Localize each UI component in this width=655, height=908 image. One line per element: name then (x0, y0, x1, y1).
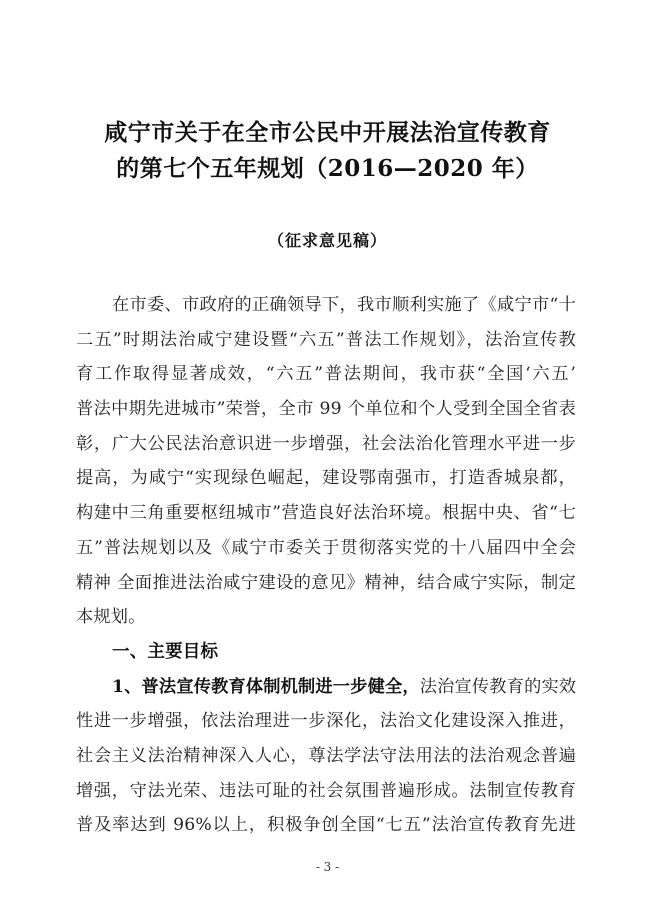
intro-line: 二五”时期法治咸宁建设暨“六五”普法工作规划》，法治宣传教 (76, 323, 576, 358)
item-1-line: 性进一步增强，依法治理进一步深化，法治文化建设深入推进， (76, 704, 576, 739)
item-1-line: 社会主义法治精神深入人心，尊法学法守法用法的法治观念普遍 (76, 739, 576, 774)
item-1-line: 普及率达到 96%以上，积极争创全国“七五”法治宣传教育先进 (76, 808, 576, 843)
section-heading: 一、主要目标 (76, 635, 576, 670)
intro-line: 提高，为咸宁“实现绿色崛起，建设鄂南强市，打造香城泉都， (76, 461, 576, 496)
document-title-line-1: 咸宁市关于在全市公民中开展法治宣传教育 (0, 114, 655, 147)
item-1-bold-lead: 1、普法宣传教育体制机制进一步健全， (112, 677, 420, 697)
intro-line: 在市委、市政府的正确领导下，我市顺利实施了《咸宁市“十 (76, 288, 576, 323)
intro-line: 普法中期先进城市”荣誉，全市 99 个单位和个人受到全国全省表 (76, 392, 576, 427)
document-body: 在市委、市政府的正确领导下，我市顺利实施了《咸宁市“十 二五”时期法治咸宁建设暨… (76, 288, 576, 843)
document-title-line-2: 的第七个五年规划（2016—2020 年） (0, 150, 655, 183)
item-1-line: 增强，守法光荣、违法可耻的社会氛围普遍形成。法制宣传教育 (76, 774, 576, 809)
document-page: 咸宁市关于在全市公民中开展法治宣传教育 的第七个五年规划（2016—2020 年… (0, 0, 655, 908)
intro-line: 育工作取得显著成效，“六五”普法期间，我市获“全国‘六五’ (76, 357, 576, 392)
item-1-first-line: 1、普法宣传教育体制机制进一步健全，法治宣传教育的实效 (76, 670, 576, 705)
item-1-first-line-rest: 法治宣传教育的实效 (420, 677, 577, 697)
intro-line: 本规划。 (76, 600, 576, 635)
page-number: - 3 - (0, 860, 655, 874)
intro-line: 五”普法规划以及《咸宁市委关于贯彻落实党的十八届四中全会 (76, 531, 576, 566)
intro-line: 精神 全面推进法治咸宁建设的意见》精神，结合咸宁实际，制定 (76, 566, 576, 601)
document-subtitle: （征求意见稿） (0, 228, 655, 251)
intro-line: 构建中三角重要枢纽城市”营造良好法治环境。根据中央、省“七 (76, 496, 576, 531)
intro-line: 彰，广大公民法治意识进一步增强，社会法治化管理水平进一步 (76, 427, 576, 462)
